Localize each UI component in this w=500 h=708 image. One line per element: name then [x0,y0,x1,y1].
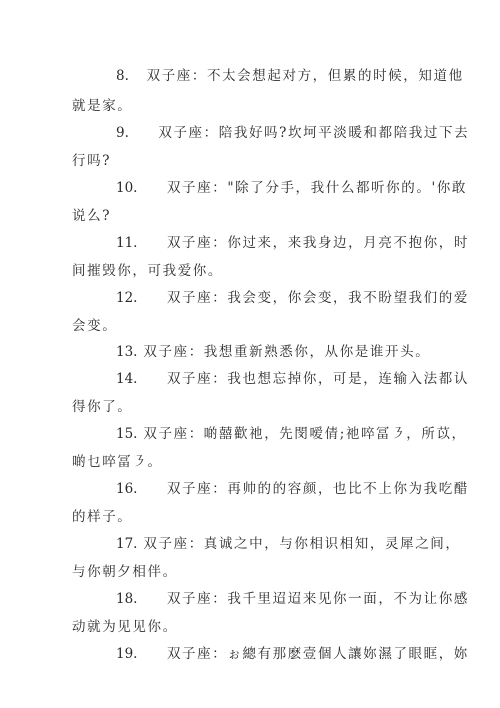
entry-number: 10. [116,180,137,196]
entry-text: 双子座：ぉ總有那麽壹個人讓妳濕了眼眶，妳 [167,646,469,662]
entry-16-line2: 的样子。 [72,505,132,525]
entry-text: 双子座：不太会想起对方，但累的时候，知道他 [147,68,464,84]
entry-11-line2: 间摧毁你，可我爱你。 [72,259,223,279]
entry-10-line1: 10. 双子座："除了分手，我什么都听你的。'你敢 [72,176,467,196]
entry-text: 双子座："除了分手，我什么都听你的。'你敢 [167,180,467,196]
entry-17-line2: 与你朝夕相伴。 [72,560,178,580]
entry-number: 11. [116,235,137,251]
entry-19-line1: 19. 双子座：ぉ總有那麽壹個人讓妳濕了眼眶，妳 [72,642,469,662]
entry-number: 17. [116,536,137,552]
entry-number: 19. [116,646,137,662]
entry-12-line2: 会变。 [72,314,117,334]
entry-number: 13. [116,344,137,360]
entry-9-line1: 9. 双子座：陪我好吗?坎坷平淡暖和都陪我过下去 [72,121,469,141]
entry-text: 双子座：陪我好吗?坎坷平淡暖和都陪我过下去 [158,125,469,141]
entry-text: 双子座：再帅的的容颜，也比不上你为我吃醋 [167,481,469,497]
entry-14-line1: 14. 双子座：我也想忘掉你，可是，连输入法都认 [72,367,469,387]
entry-11-line1: 11. 双子座：你过来，来我身边，月亮不抱你，时 [72,231,469,251]
document-page: 8. 双子座：不太会想起对方，但累的时候，知道他 就是家。 9. 双子座：陪我好… [0,0,500,708]
entry-16-line1: 16. 双子座：再帅的的容颜，也比不上你为我吃醋 [72,477,469,497]
entry-15-line2: 啲乜啐冨㇋。 [72,450,163,470]
entry-number: 12. [116,290,137,306]
entry-text: 双子座：你过来，来我身边，月亮不抱你，时 [167,235,469,251]
entry-text: 双子座：啲囍歡祂，先閔嗳倩;祂啐冨㇋，所苡， [143,426,466,442]
entry-10-line2: 说么? [72,204,111,224]
entry-17-line1: 17. 双子座：真诚之中，与你相识相知，灵犀之间， [72,532,461,552]
entry-15-line1: 15. 双子座：啲囍歡祂，先閔嗳倩;祂啐冨㇋，所苡， [72,422,467,442]
entry-text: 双子座：我想重新熟悉你，从你是谁开头。 [143,344,430,360]
entry-text: 双子座：我会变，你会变，我不盼望我们的爱 [167,290,469,306]
entry-number: 18. [116,591,137,607]
entry-9-line2: 行吗? [72,149,111,169]
entry-number: 8. [116,68,129,84]
entry-13-line1: 13. 双子座：我想重新熟悉你，从你是谁开头。 [72,340,430,360]
entry-number: 15. [116,426,137,442]
entry-number: 14. [116,371,137,387]
entry-14-line2: 得你了。 [72,395,132,415]
entry-8-line1: 8. 双子座：不太会想起对方，但累的时候，知道他 [72,64,464,84]
entry-text: 双子座：我千里迢迢来见你一面，不为让你感 [167,591,469,607]
entry-12-line1: 12. 双子座：我会变，你会变，我不盼望我们的爱 [72,286,469,306]
entry-number: 16. [116,481,137,497]
entry-number: 9. [116,125,129,141]
entry-text: 双子座：我也想忘掉你，可是，连输入法都认 [167,371,469,387]
entry-8-line2: 就是家。 [72,94,132,114]
entry-text: 双子座：真诚之中，与你相识相知，灵犀之间， [143,536,460,552]
entry-18-line2: 动就为见见你。 [72,615,178,635]
entry-18-line1: 18. 双子座：我千里迢迢来见你一面，不为让你感 [72,587,469,607]
